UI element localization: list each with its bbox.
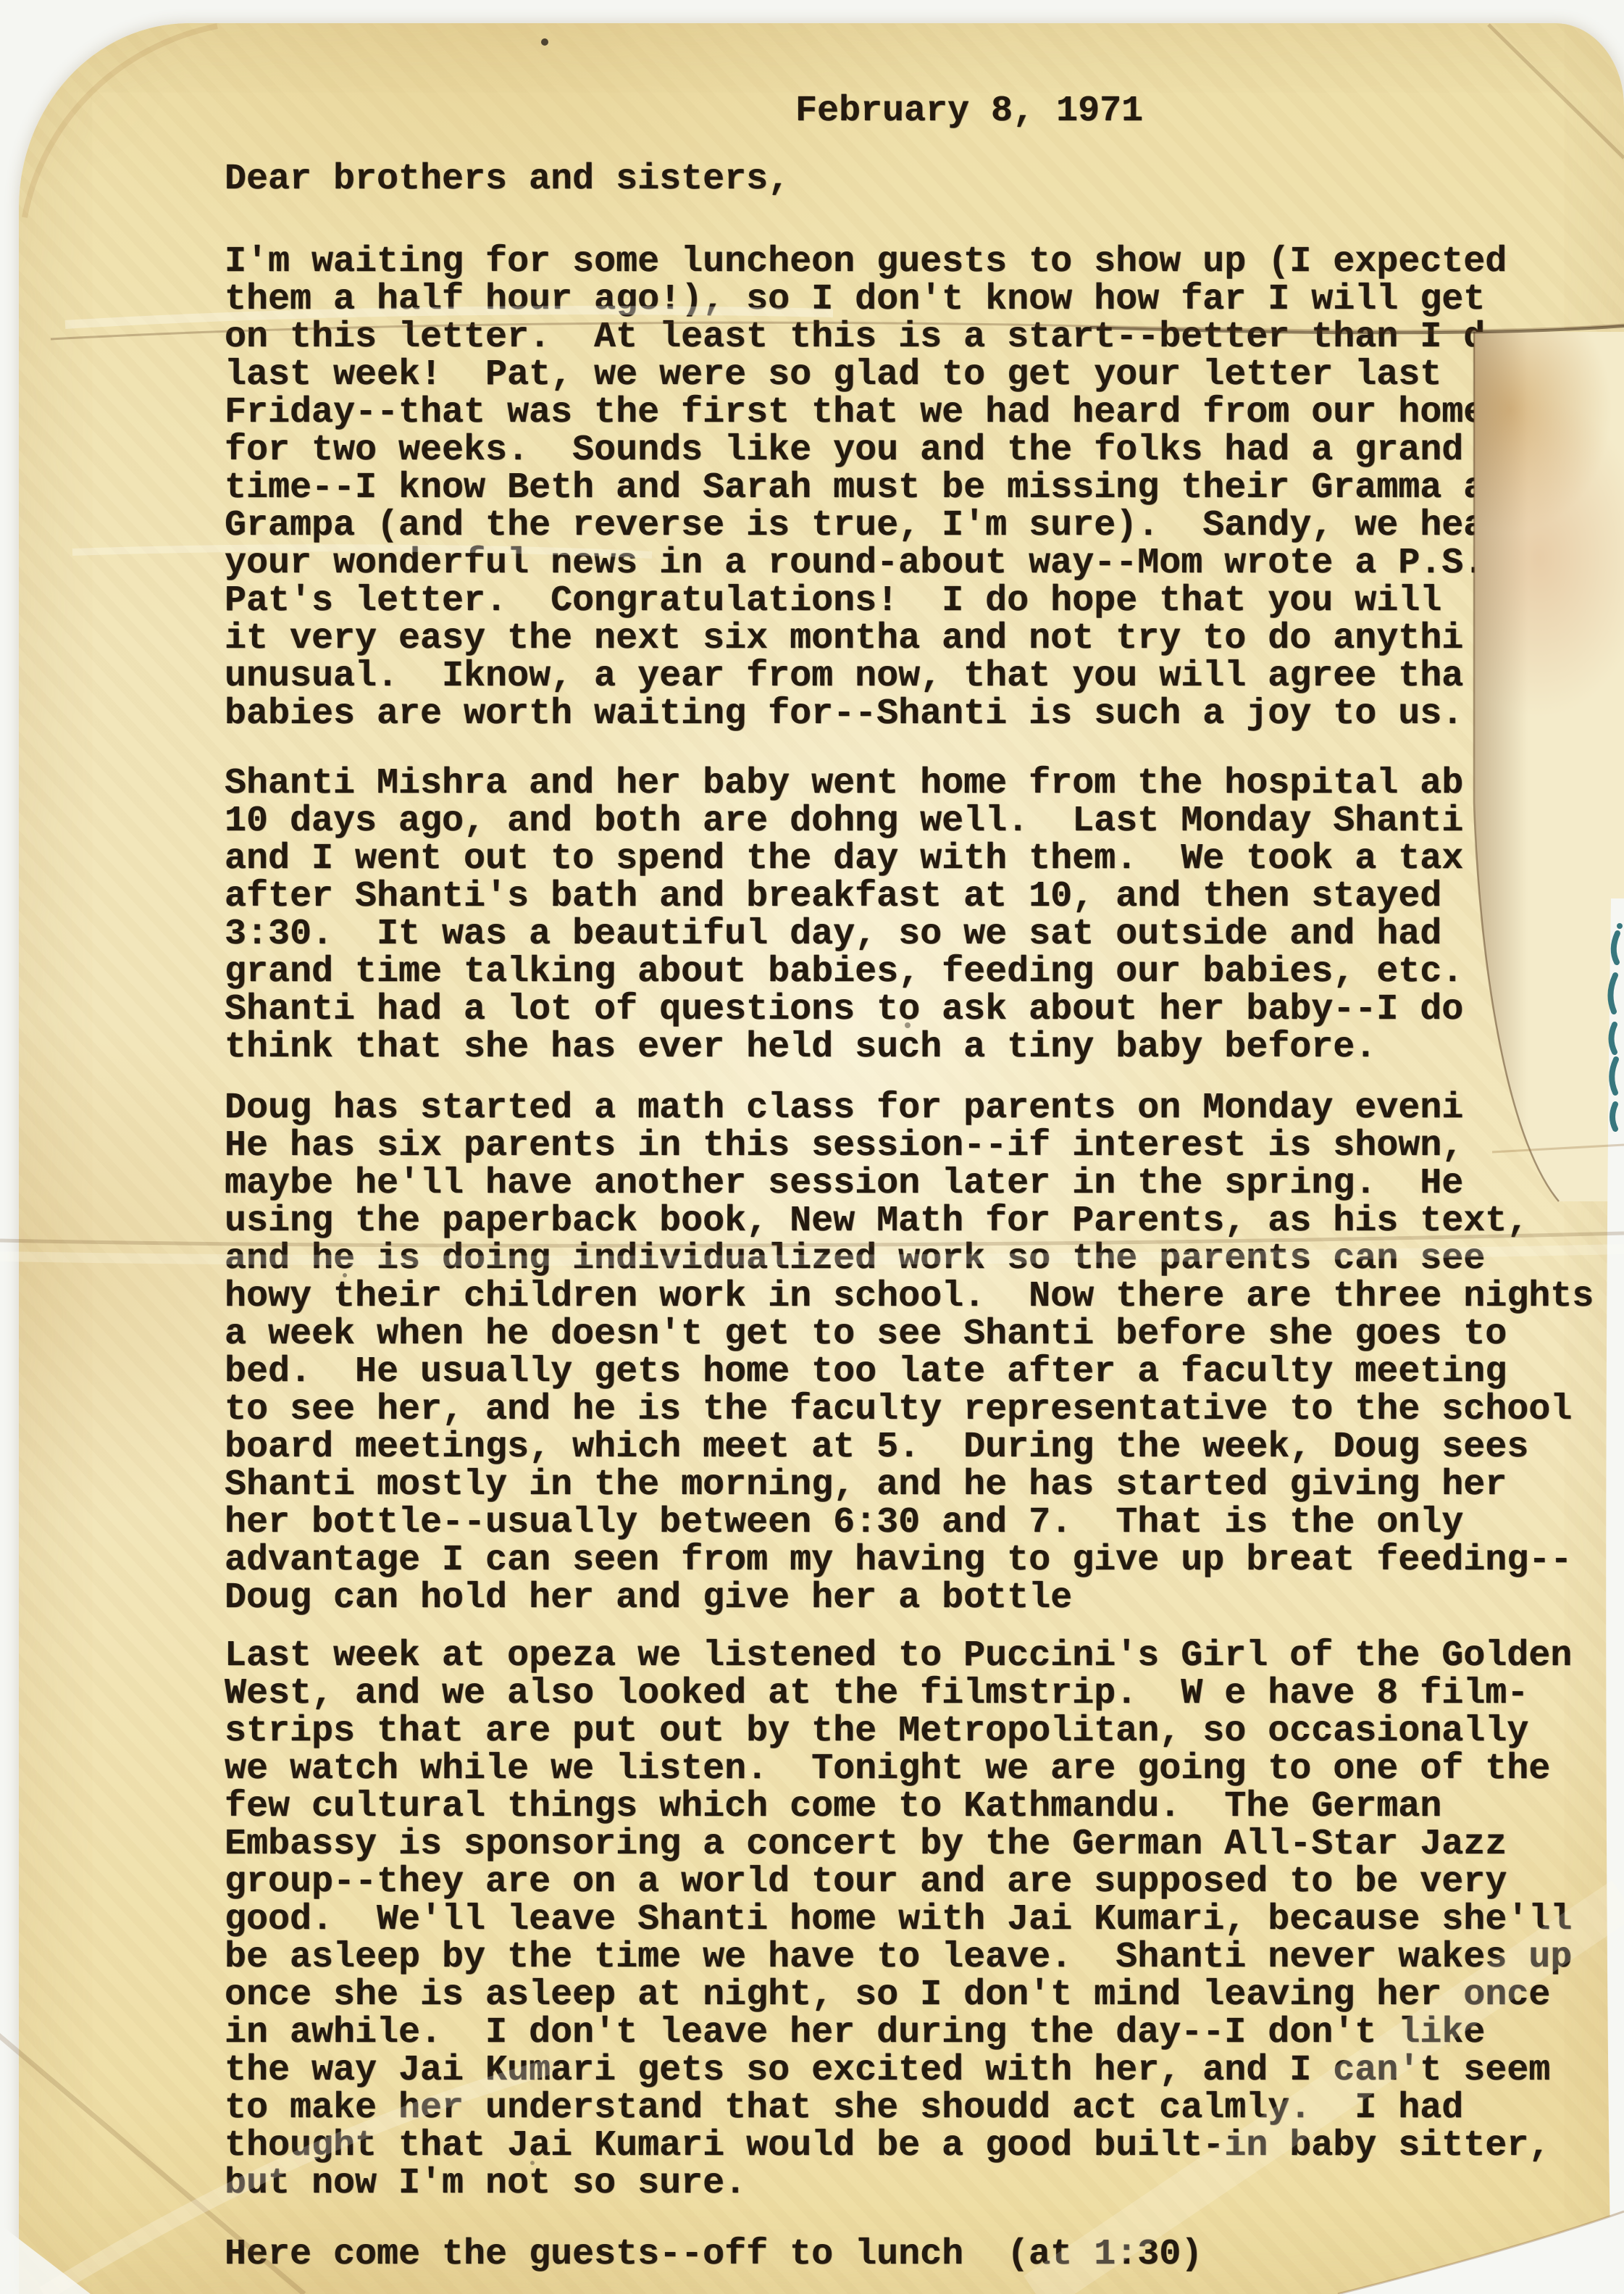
letter-line: once she is asleep at night, so I don't … [225,1977,1624,2014]
letter-line: last week! Pat, we were so glad to get y… [225,356,1624,394]
letter-line: Friday--that was the first that we had h… [225,394,1624,432]
letter-line: strips that are put out by the Metropoli… [225,1713,1624,1751]
letter-line: in awhile. I don't leave her during the … [225,2014,1624,2052]
letter-line: Shanti had a lot of questions to ask abo… [225,991,1624,1029]
letter-line: be asleep by the time we have to leave. … [225,1939,1624,1977]
letter-line: it very easy the next six montha and not… [225,620,1624,658]
letter-line: on this letter. At least this is a start… [225,319,1624,356]
scanned-letter-page: { "document": { "date_line": "February 8… [0,0,1624,2294]
letter-line: to see her, and he is the faculty repres… [225,1391,1624,1429]
letter-line: a week when he doesn't get to see Shanti… [225,1316,1624,1354]
letter-line: after Shanti's bath and breakfast at 10,… [225,878,1624,916]
letter-line: maybe he'll have another session later i… [225,1165,1624,1203]
letter-line: the way Jai Kumari gets so excited with … [225,2052,1624,2090]
date-line: February 8, 1971 [795,93,1143,130]
letter-line: them a half hour ago!), so I don't know … [225,281,1624,319]
paragraph: Shanti Mishra and her baby went home fro… [225,765,1624,1067]
letter-line: time--I know Beth and Sarah must be miss… [225,470,1624,507]
closing-line: Here come the guests--off to lunch (at 1… [225,2236,1202,2274]
letter-line: and he is doing individualized work so t… [225,1240,1624,1278]
letter-line: to make her understand that she shoudd a… [225,2090,1624,2127]
letter-line: board meetings, which meet at 5. During … [225,1429,1624,1467]
letter-line: your wonderful news in a round-about way… [225,545,1624,583]
letter-line: using the paperback book, New Math for P… [225,1203,1624,1240]
letter-line: Pat's letter. Congratulations! I do hope… [225,583,1624,620]
letter-line: Shanti mostly in the morning, and he has… [225,1467,1624,1504]
letter-line: advantage I can seen from my having to g… [225,1542,1624,1580]
letter-line: but now I'm not so sure. [225,2165,1624,2203]
letter-line: babies are worth waiting for--Shanti is … [225,696,1624,733]
letter-line: I'm waiting for some luncheon guests to … [225,243,1624,281]
letter-line: thought that Jai Kumari would be a good … [225,2127,1624,2165]
letter-line: her bottle--usually between 6:30 and 7. … [225,1504,1624,1542]
letter-line: think that she has ever held such a tiny… [225,1029,1624,1067]
letter-line: Doug has started a math class for parent… [225,1090,1624,1127]
letter-line: unusual. Iknow, a year from now, that yo… [225,658,1624,696]
letter-line: 10 days ago, and both are dohng well. La… [225,803,1624,841]
letter-line: bed. He usually gets home too late after… [225,1354,1624,1391]
letter-line: Doug can hold her and give her a bottle [225,1580,1624,1617]
salutation: Dear brothers and sisters, [225,161,790,199]
letter-line: few cultural things which come to Kathma… [225,1788,1624,1826]
letter-line: He has six parents in this session--if i… [225,1127,1624,1165]
letter-line: and I went out to spend the day with the… [225,841,1624,878]
letter-line: 3:30. It was a beautiful day, so we sat … [225,916,1624,954]
letter-line: Last week at opeza we listened to Puccin… [225,1638,1624,1675]
letter-line: we watch while we listen. Tonight we are… [225,1751,1624,1788]
paragraph: I'm waiting for some luncheon guests to … [225,243,1624,733]
letter-line: good. We'll leave Shanti home with Jai K… [225,1901,1624,1939]
letter-line: for two weeks. Sounds like you and the f… [225,432,1624,470]
letter-line: West, and we also looked at the filmstri… [225,1675,1624,1713]
letter-body: I'm waiting for some luncheon guests to … [225,243,1624,2203]
letter-line: group--they are on a world tour and are … [225,1864,1624,1901]
letter-line: Embassy is sponsoring a concert by the G… [225,1826,1624,1864]
letter-line: Grampa (and the reverse is true, I'm sur… [225,507,1624,545]
letter-line: grand time talking about babies, feeding… [225,954,1624,991]
letter-line: Shanti Mishra and her baby went home fro… [225,765,1624,803]
letter-line: howy their children work in school. Now … [225,1278,1624,1316]
paragraph: Last week at opeza we listened to Puccin… [225,1638,1624,2203]
paragraph: Doug has started a math class for parent… [225,1090,1624,1617]
